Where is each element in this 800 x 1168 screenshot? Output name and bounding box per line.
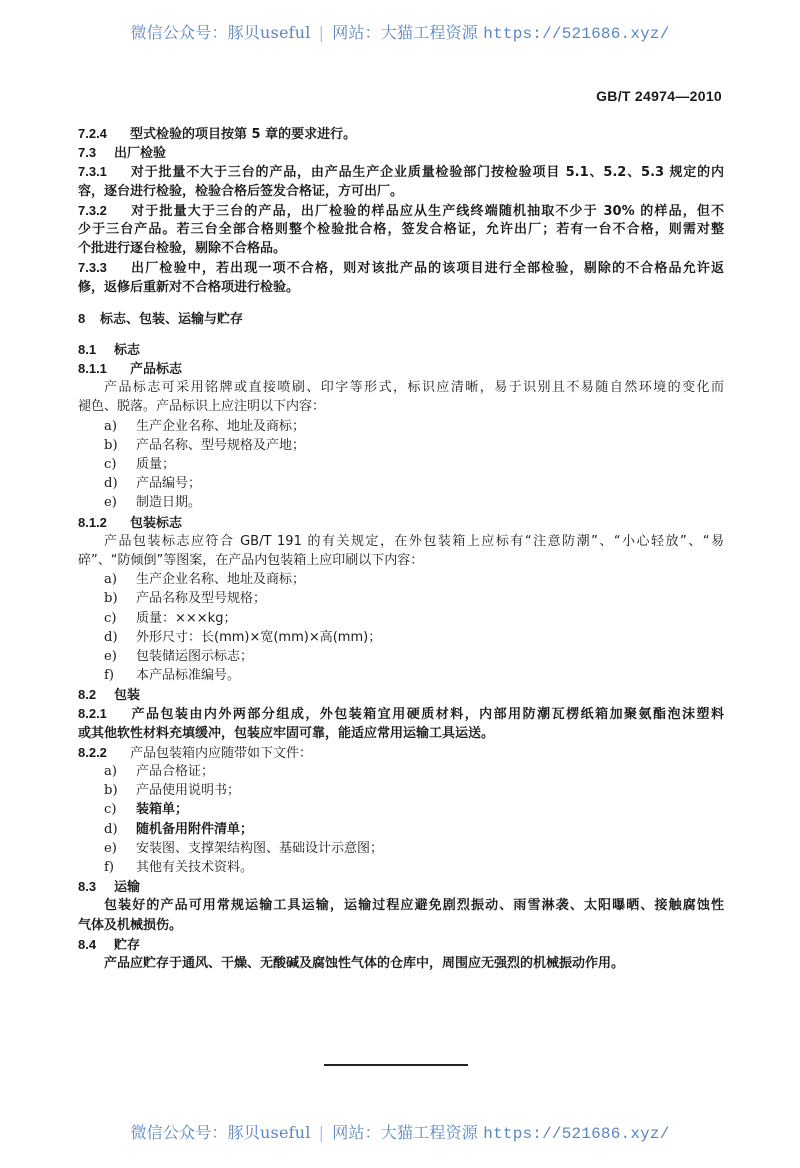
list-label: c) [104, 800, 136, 819]
list-item: a)生产企业名称、地址及商标； [78, 417, 724, 436]
watermark-wechat: 微信公众号：豚贝useful [130, 1123, 310, 1142]
clause-8-2-2: 8.2.2产品包装箱内应随带如下文件： a)产品合格证； b)产品使用说明书； … [78, 743, 724, 877]
clause-text: 修，返修后重新对不合格项进行检验。 [78, 280, 299, 295]
paragraph-text: 产品标志可采用铭牌或直接喷刷、印字等形式，标识应清晰，易于识别且不易随自然环境的… [104, 380, 724, 395]
list-item: f)其他有关技术资料。 [78, 858, 724, 877]
list-item: f)本产品标准编号。 [78, 666, 724, 685]
clause-number: 8.1.2 [78, 513, 130, 532]
list-label: b) [104, 436, 136, 455]
list-label: d) [104, 628, 136, 647]
list-text: 质量：×××kg； [136, 611, 236, 626]
end-rule [324, 1064, 468, 1066]
list-text: 本产品标准编号。 [136, 668, 240, 683]
paragraph-text: 包装好的产品可用常规运输工具运输，运输过程应避免剧烈振动、雨雪淋袭、太阳曝晒、接… [104, 898, 724, 913]
list-text: 安装图、支撑架结构图、基础设计示意图； [136, 841, 383, 856]
document-body: 7.2.4型式检验的项目按第 5 章的要求进行。 7.3出厂检验 7.3.1对于… [78, 124, 724, 973]
list-label: d) [104, 474, 136, 493]
list-label: a) [104, 570, 136, 589]
clause-number: 8.2.2 [78, 743, 130, 762]
clause-text: 个批进行逐台检验，剔除不合格品。 [78, 241, 286, 256]
clause-number: 8.4 [78, 935, 114, 954]
heading-8-2: 8.2包装 [78, 685, 724, 704]
list-text: 生产企业名称、地址及商标； [136, 572, 305, 587]
list-label: a) [104, 762, 136, 781]
list-text: 产品名称、型号规格及产地； [136, 438, 305, 453]
list-item: c)质量：×××kg； [78, 609, 724, 628]
clause-number: 7.3.3 [78, 258, 130, 277]
clause-number: 7.3 [78, 143, 114, 162]
paragraph-text: 气体及机械损伤。 [78, 918, 182, 933]
watermark-site-label: 网站：大猫工程资源 [332, 23, 478, 42]
list-item: c)质量； [78, 455, 724, 474]
clause-number: 8.1.1 [78, 359, 130, 378]
watermark-url[interactable]: https://521686.xyz/ [483, 25, 669, 43]
clause-8-4-body: 产品应贮存于通风、干燥、无酸碱及腐蚀性气体的仓库中，周围应无强烈的机械振动作用。 [78, 954, 724, 973]
list-label: e) [104, 647, 136, 666]
heading-8-1-2: 8.1.2包装标志 [78, 513, 724, 532]
clause-number: 7.2.4 [78, 124, 130, 143]
list-text: 随机备用附件清单； [136, 822, 253, 837]
clause-8-3-body: 包装好的产品可用常规运输工具运输，运输过程应避免剧烈振动、雨雪淋袭、太阳曝晒、接… [78, 896, 724, 934]
heading-8-3: 8.3运输 [78, 877, 724, 896]
clause-number: 7.3.2 [78, 201, 130, 220]
paragraph-text: 碎”、“防倾倒”等图案，在产品内包装箱上应印刷以下内容： [78, 553, 423, 568]
clause-title: 包装标志 [130, 516, 182, 531]
heading-7-3: 7.3出厂检验 [78, 143, 724, 162]
clause-title: 产品标志 [130, 362, 182, 377]
clause-7-2-4: 7.2.4型式检验的项目按第 5 章的要求进行。 [78, 124, 724, 143]
list-item: e)安装图、支撑架结构图、基础设计示意图； [78, 839, 724, 858]
clause-number: 8.2.1 [78, 704, 130, 723]
chapter-8-heading: 8标志、包装、运输与贮存 [78, 309, 724, 328]
list-item: d)随机备用附件清单； [78, 820, 724, 839]
chapter-number: 8 [78, 309, 100, 328]
clause-text: 少于三台产品。若三台全部合格则整个检验批合格，签发合格证，允许出厂；若有一台不合… [78, 222, 724, 237]
list-label: f) [104, 858, 136, 877]
list-label: a) [104, 417, 136, 436]
clause-8-1-1-body: 产品标志可采用铭牌或直接喷刷、印字等形式，标识应清晰，易于识别且不易随自然环境的… [78, 378, 724, 512]
clause-8-2-1: 8.2.1产品包装由内外两部分组成，外包装箱宜用硬质材料，内部用防潮瓦楞纸箱加聚… [78, 704, 724, 742]
paragraph-text: 产品包装标志应符合 GB/T 191 的有关规定，在外包装箱上应标有“注意防潮”… [104, 534, 724, 549]
list-label: e) [104, 839, 136, 858]
list-item: e)包装储运图示标志； [78, 647, 724, 666]
standard-number: GB/T 24974—2010 [596, 88, 722, 104]
chapter-title: 标志、包装、运输与贮存 [100, 312, 243, 327]
clause-number: 8.2 [78, 685, 114, 704]
list-label: b) [104, 781, 136, 800]
clause-title: 运输 [114, 880, 140, 895]
clause-number: 8.3 [78, 877, 114, 896]
list-label: d) [104, 820, 136, 839]
list-item: d)产品编号； [78, 474, 724, 493]
list-label: c) [104, 455, 136, 474]
list-text: 外形尺寸：长(mm)×宽(mm)×高(mm)； [136, 630, 381, 645]
clause-title: 出厂检验 [114, 146, 166, 161]
watermark-top: 微信公众号：豚贝useful|网站：大猫工程资源 https://521686.… [0, 20, 800, 43]
clause-text: 对于批量不大于三台的产品，由产品生产企业质量检验部门按检验项目 5.1、5.2、… [130, 165, 724, 180]
list-label: c) [104, 609, 136, 628]
list-text: 产品使用说明书； [136, 783, 240, 798]
list-item: a)生产企业名称、地址及商标； [78, 570, 724, 589]
list-item: d)外形尺寸：长(mm)×宽(mm)×高(mm)； [78, 628, 724, 647]
clause-text: 出厂检验中，若出现一项不合格，则对该批产品的该项目进行全部检验，剔除的不合格品允… [130, 261, 724, 276]
list-text: 装箱单； [136, 802, 188, 817]
list-item: b)产品名称、型号规格及产地； [78, 436, 724, 455]
list-label: e) [104, 493, 136, 512]
list-label: f) [104, 666, 136, 685]
clause-title: 包装 [114, 688, 140, 703]
heading-8-4: 8.4贮存 [78, 935, 724, 954]
list-text: 质量； [136, 457, 175, 472]
clause-7-3-2: 7.3.2对于批量大于三台的产品，出厂检验的样品应从生产线终端随机抽取不少于 3… [78, 201, 724, 259]
list-text: 产品编号； [136, 476, 201, 491]
list-text: 其他有关技术资料。 [136, 860, 253, 875]
clause-7-3-1: 7.3.1对于批量不大于三台的产品，由产品生产企业质量检验部门按检验项目 5.1… [78, 162, 724, 200]
clause-title: 标志 [114, 343, 140, 358]
watermark-bottom: 微信公众号：豚贝useful|网站：大猫工程资源 https://521686.… [0, 1120, 800, 1143]
list-item: e)制造日期。 [78, 493, 724, 512]
list-text: 产品合格证； [136, 764, 214, 779]
list-label: b) [104, 589, 136, 608]
list-item: b)产品名称及型号规格； [78, 589, 724, 608]
list-text: 产品名称及型号规格； [136, 591, 266, 606]
paragraph-text: 褪色、脱落。产品标识上应注明以下内容： [78, 399, 325, 414]
clause-text: 型式检验的项目按第 5 章的要求进行。 [130, 127, 356, 142]
clause-text: 或其他软性材料充填缓冲，包装应牢固可靠，能适应常用运输工具运送。 [78, 726, 494, 741]
watermark-separator: | [319, 23, 325, 42]
clause-number: 7.3.1 [78, 162, 130, 181]
clause-7-3-3: 7.3.3出厂检验中，若出现一项不合格，则对该批产品的该项目进行全部检验，剔除的… [78, 258, 724, 296]
clause-text: 产品包装由内外两部分组成，外包装箱宜用硬质材料，内部用防潮瓦楞纸箱加聚氨酯泡沫塑… [130, 707, 724, 722]
heading-8-1: 8.1标志 [78, 340, 724, 359]
clause-number: 8.1 [78, 340, 114, 359]
clause-8-1-2-body: 产品包装标志应符合 GB/T 191 的有关规定，在外包装箱上应标有“注意防潮”… [78, 532, 724, 686]
list-item: a)产品合格证； [78, 762, 724, 781]
clause-text: 容，逐台进行检验，检验合格后签发合格证，方可出厂。 [78, 184, 403, 199]
paragraph-text: 产品应贮存于通风、干燥、无酸碱及腐蚀性气体的仓库中，周围应无强烈的机械振动作用。 [104, 956, 624, 971]
clause-text: 对于批量大于三台的产品，出厂检验的样品应从生产线终端随机抽取不少于 30% 的样… [130, 204, 724, 219]
watermark-site-label: 网站：大猫工程资源 [332, 1123, 478, 1142]
list-item: c)装箱单； [78, 800, 724, 819]
list-item: b)产品使用说明书； [78, 781, 724, 800]
watermark-wechat: 微信公众号：豚贝useful [130, 23, 310, 42]
list-text: 制造日期。 [136, 495, 201, 510]
heading-8-1-1: 8.1.1产品标志 [78, 359, 724, 378]
watermark-separator: | [319, 1123, 325, 1142]
watermark-url[interactable]: https://521686.xyz/ [483, 1125, 669, 1143]
list-text: 生产企业名称、地址及商标； [136, 419, 305, 434]
list-text: 包装储运图示标志； [136, 649, 253, 664]
clause-title: 贮存 [114, 938, 140, 953]
clause-text: 产品包装箱内应随带如下文件： [130, 746, 312, 761]
